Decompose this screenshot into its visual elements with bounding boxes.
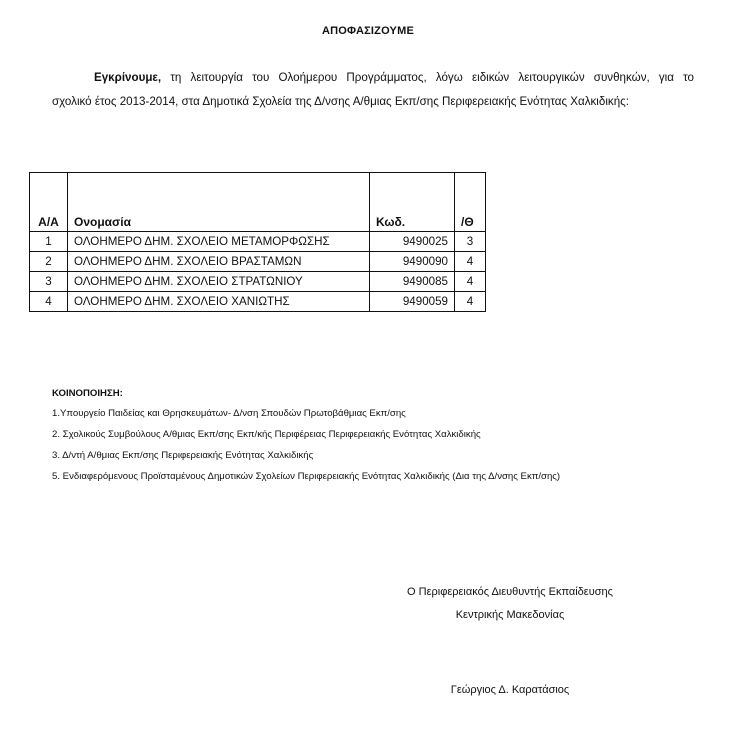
header-th: /Θ xyxy=(455,173,486,232)
cell-aa: 1 xyxy=(30,232,68,252)
cell-th: 4 xyxy=(455,272,486,292)
table-header-row: Α/Α Ονομασία Κωδ. /Θ xyxy=(30,173,486,232)
header-name: Ονομασία xyxy=(68,173,370,232)
table-row: 1 ΟΛΟΗΜΕΡΟ ΔΗΜ. ΣΧΟΛΕΙΟ ΜΕΤΑΜΟΡΦΩΣΗΣ 949… xyxy=(30,232,486,252)
cell-name: ΟΛΟΗΜΕΡΟ ΔΗΜ. ΣΧΟΛΕΙΟ ΧΑΝΙΩΤΗΣ xyxy=(68,292,370,312)
cell-name: ΟΛΟΗΜΕΡΟ ΔΗΜ. ΣΧΟΛΕΙΟ ΣΤΡΑΤΩΝΙΟΥ xyxy=(68,272,370,292)
header-code: Κωδ. xyxy=(370,173,455,232)
cell-code: 9490059 xyxy=(370,292,455,312)
intro-bold-lead: Εγκρίνουμε, xyxy=(94,71,161,84)
cell-aa: 2 xyxy=(30,252,68,272)
notification-item: 1.Υπουργείο Παιδείας και Θρησκευμάτων- Δ… xyxy=(52,408,560,420)
intro-line-1: Εγκρίνουμε, τη λειτουργία του Ολοήμερου … xyxy=(94,66,694,90)
decision-title: ΑΠΟΦΑΣΙΖΟΥΜΕ xyxy=(0,25,736,37)
cell-name: ΟΛΟΗΜΕΡΟ ΔΗΜ. ΣΧΟΛΕΙΟ ΒΡΑΣΤΑΜΩΝ xyxy=(68,252,370,272)
intro-line-1-text: τη λειτουργία του Ολοήμερου Προγράμματος… xyxy=(161,71,694,84)
schools-table: Α/Α Ονομασία Κωδ. /Θ 1 ΟΛΟΗΜΕΡΟ ΔΗΜ. ΣΧΟ… xyxy=(29,172,486,312)
signatory-role-line-2: Κεντρικής Μακεδονίας xyxy=(360,609,660,621)
cell-name: ΟΛΟΗΜΕΡΟ ΔΗΜ. ΣΧΟΛΕΙΟ ΜΕΤΑΜΟΡΦΩΣΗΣ xyxy=(68,232,370,252)
cell-code: 9490090 xyxy=(370,252,455,272)
signatory-name: Γεώργιος Δ. Καρατάσιος xyxy=(360,684,660,696)
cell-th: 3 xyxy=(455,232,486,252)
table-row: 3 ΟΛΟΗΜΕΡΟ ΔΗΜ. ΣΧΟΛΕΙΟ ΣΤΡΑΤΩΝΙΟΥ 94900… xyxy=(30,272,486,292)
cell-th: 4 xyxy=(455,252,486,272)
signatory-role-line-1: Ο Περιφερειακός Διευθυντής Εκπαίδευσης xyxy=(360,586,660,598)
notification-item: 5. Ενδιαφερόμενους Προϊσταμένους Δημοτικ… xyxy=(52,471,560,483)
table-row: 2 ΟΛΟΗΜΕΡΟ ΔΗΜ. ΣΧΟΛΕΙΟ ΒΡΑΣΤΑΜΩΝ 949009… xyxy=(30,252,486,272)
table-row: 4 ΟΛΟΗΜΕΡΟ ΔΗΜ. ΣΧΟΛΕΙΟ ΧΑΝΙΩΤΗΣ 9490059… xyxy=(30,292,486,312)
notification-item: 3. Δ/ντή Α/θμιας Εκπ/σης Περιφερειακής Ε… xyxy=(52,450,560,462)
cell-code: 9490085 xyxy=(370,272,455,292)
notification-heading: ΚΟΙΝΟΠΟΙΗΣΗ: xyxy=(52,388,560,399)
cell-aa: 3 xyxy=(30,272,68,292)
cell-th: 4 xyxy=(455,292,486,312)
notification-item: 2. Σχολικούς Συμβούλους Α/θμιας Εκπ/σης … xyxy=(52,429,560,441)
cell-aa: 4 xyxy=(30,292,68,312)
header-aa: Α/Α xyxy=(30,173,68,232)
cell-code: 9490025 xyxy=(370,232,455,252)
intro-line-2: σχολικό έτος 2013-2014, στα Δημοτικά Σχο… xyxy=(52,90,692,114)
notification-section: ΚΟΙΝΟΠΟΙΗΣΗ: 1.Υπουργείο Παιδείας και Θρ… xyxy=(52,388,560,492)
